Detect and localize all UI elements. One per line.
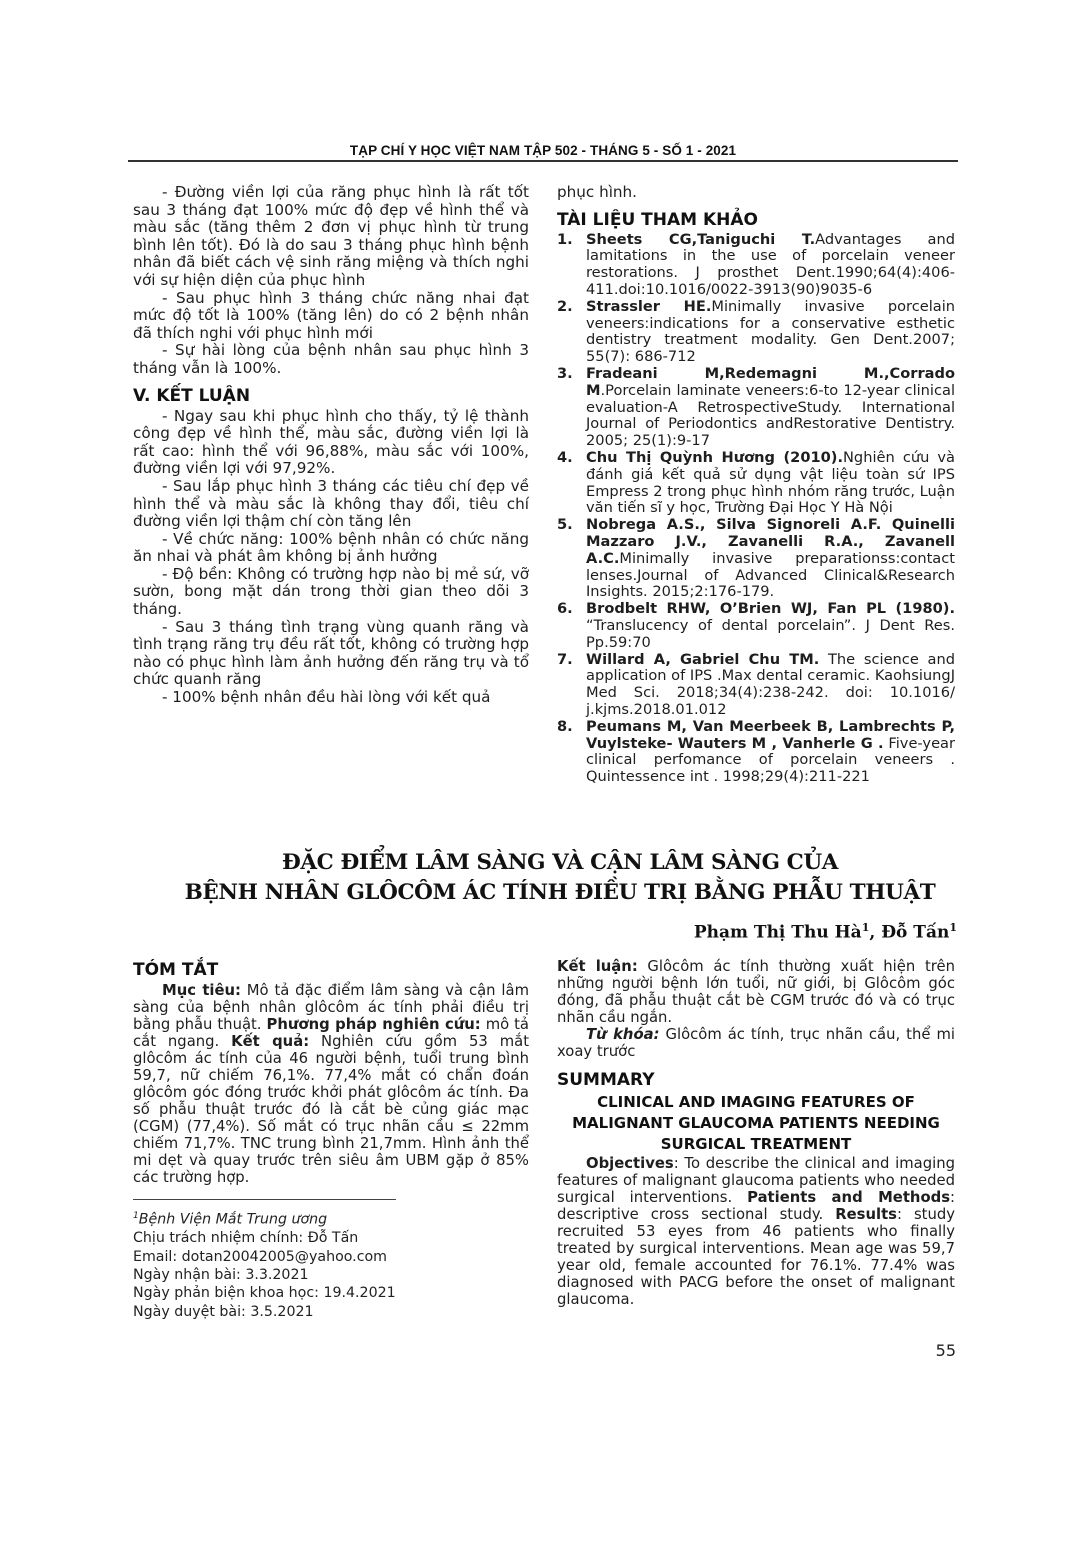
article-title: ĐẶC ĐIỂM LÂM SÀNG VÀ CẬN LÂM SÀNG CỦA BỆ…	[150, 848, 970, 908]
reference-list: 1.Sheets CG,Taniguchi T.Advantages and l…	[557, 232, 955, 786]
article-title-line: BỆNH NHÂN GLÔCÔM ÁC TÍNH ĐIỀU TRỊ BẰNG P…	[150, 878, 970, 908]
references-heading: TÀI LIỆU THAM KHẢO	[557, 210, 955, 230]
reference-authors: Willard A, Gabriel Chu TM.	[586, 651, 819, 668]
reference-item: 2.Strassler HE.Minimally invasive porcel…	[557, 299, 955, 366]
author-name: Phạm Thị Thu Hà	[694, 923, 862, 943]
reference-item: 8.Peumans M, Van Meerbeek B, Lambrechts …	[557, 719, 955, 786]
reference-authors: Strassler HE.	[586, 298, 711, 315]
reference-text: “Translucency of dental porcelain”. J De…	[586, 617, 955, 651]
reference-authors: Chu Thị Quỳnh Hương (2010).	[586, 449, 843, 466]
affiliation-note: 1Bệnh Viện Mắt Trung ương	[133, 1207, 529, 1229]
summary-heading: SUMMARY	[557, 1070, 955, 1090]
conclusion-paragraph: - Sau lắp phục hình 3 tháng các tiêu chí…	[133, 478, 529, 531]
reference-item: 1.Sheets CG,Taniguchi T.Advantages and l…	[557, 232, 955, 299]
reference-item: 7.Willard A, Gabriel Chu TM. The science…	[557, 652, 955, 719]
abstract-heading: TÓM TẮT	[133, 960, 529, 980]
date-received: Ngày nhận bài: 3.3.2021	[133, 1266, 529, 1284]
author-name: Đỗ Tấn	[881, 923, 949, 943]
reference-authors: Brodbelt RHW, O’Brien WJ, Fan PL (1980).	[586, 600, 955, 617]
abstract-en-paragraph: Objectives: To describe the clinical and…	[557, 1155, 955, 1308]
previous-article-left-column: - Đường viền lợi của răng phục hình là r…	[133, 184, 529, 707]
reference-item: 5.Nobrega A.S., Silva Signoreli A.F. Qui…	[557, 517, 955, 601]
results-paragraph: - Sau phục hình 3 tháng chức năng nhai đ…	[133, 290, 529, 343]
reference-authors: Sheets CG,Taniguchi T.	[586, 231, 815, 248]
keywords: Từ khóa: Glôcôm ác tính, trục nhãn cầu, …	[557, 1026, 955, 1060]
abstract-vi-paragraph: Mục tiêu: Mô tả đặc điểm lâm sàng và cận…	[133, 982, 529, 1186]
reference-item: 4.Chu Thị Quỳnh Hương (2010).Nghiên cứu …	[557, 450, 955, 517]
previous-article-right-column: phục hình. TÀI LIỆU THAM KHẢO 1.Sheets C…	[557, 184, 955, 786]
reference-text: Minimally invasive preparationss:contact…	[586, 550, 955, 601]
results-paragraph: - Sự hài lòng của bệnh nhân sau phục hìn…	[133, 342, 529, 377]
reference-item: 3.Fradeani M,Redemagni M.,Corrado M.Porc…	[557, 366, 955, 450]
conclusion-paragraph: - Về chức năng: 100% bệnh nhân có chức n…	[133, 531, 529, 566]
article-title-line: ĐẶC ĐIỂM LÂM SÀNG VÀ CẬN LÂM SÀNG CỦA	[150, 848, 970, 878]
running-header: TẠP CHÍ Y HỌC VIỆT NAM TẬP 502 - THÁNG 5…	[128, 143, 958, 158]
conclusion-paragraph: - Ngay sau khi phục hình cho thấy, tỷ lệ…	[133, 408, 529, 478]
conclusion-paragraph: - Độ bền: Không có trường hợp nào bị mẻ …	[133, 566, 529, 619]
footnote-rule	[133, 1199, 396, 1200]
english-title: CLINICAL AND IMAGING FEATURES OF MALIGNA…	[557, 1092, 955, 1155]
abstract-vi-left: TÓM TẮT Mục tiêu: Mô tả đặc điểm lâm sàn…	[133, 960, 529, 1186]
email: Email: dotan20042005@yahoo.com	[133, 1248, 529, 1266]
abstract-vi-conclusion: Kết luận: Glôcôm ác tính thường xuất hiệ…	[557, 958, 955, 1026]
results-paragraph: - Đường viền lợi của răng phục hình là r…	[133, 184, 529, 290]
header-rule	[128, 160, 958, 162]
footnotes: 1Bệnh Viện Mắt Trung ương Chịu trách nhi…	[133, 1207, 529, 1321]
abstract-right-column: Kết luận: Glôcôm ác tính thường xuất hiệ…	[557, 958, 955, 1308]
corresponding-author: Chịu trách nhiệm chính: Đỗ Tấn	[133, 1229, 529, 1247]
reference-text: .Porcelain laminate veneers:6-to 12-year…	[586, 382, 955, 449]
date-reviewed: Ngày phản biện khoa học: 19.4.2021	[133, 1284, 529, 1302]
page-number: 55	[936, 1341, 956, 1360]
conclusion-continuation: phục hình.	[557, 184, 955, 202]
conclusion-paragraph: - Sau 3 tháng tình trạng vùng quanh răng…	[133, 619, 529, 689]
conclusion-heading: V. KẾT LUẬN	[133, 386, 529, 406]
affiliation-marker: 1	[949, 921, 957, 934]
date-accepted: Ngày duyệt bài: 3.5.2021	[133, 1303, 529, 1321]
reference-item: 6.Brodbelt RHW, O’Brien WJ, Fan PL (1980…	[557, 601, 955, 651]
journal-page: TẠP CHÍ Y HỌC VIỆT NAM TẬP 502 - THÁNG 5…	[0, 0, 1090, 1541]
conclusion-paragraph: - 100% bệnh nhân đều hài lòng với kết qu…	[133, 689, 529, 707]
author-list: Phạm Thị Thu Hà1, Đỗ Tấn1	[694, 921, 957, 943]
